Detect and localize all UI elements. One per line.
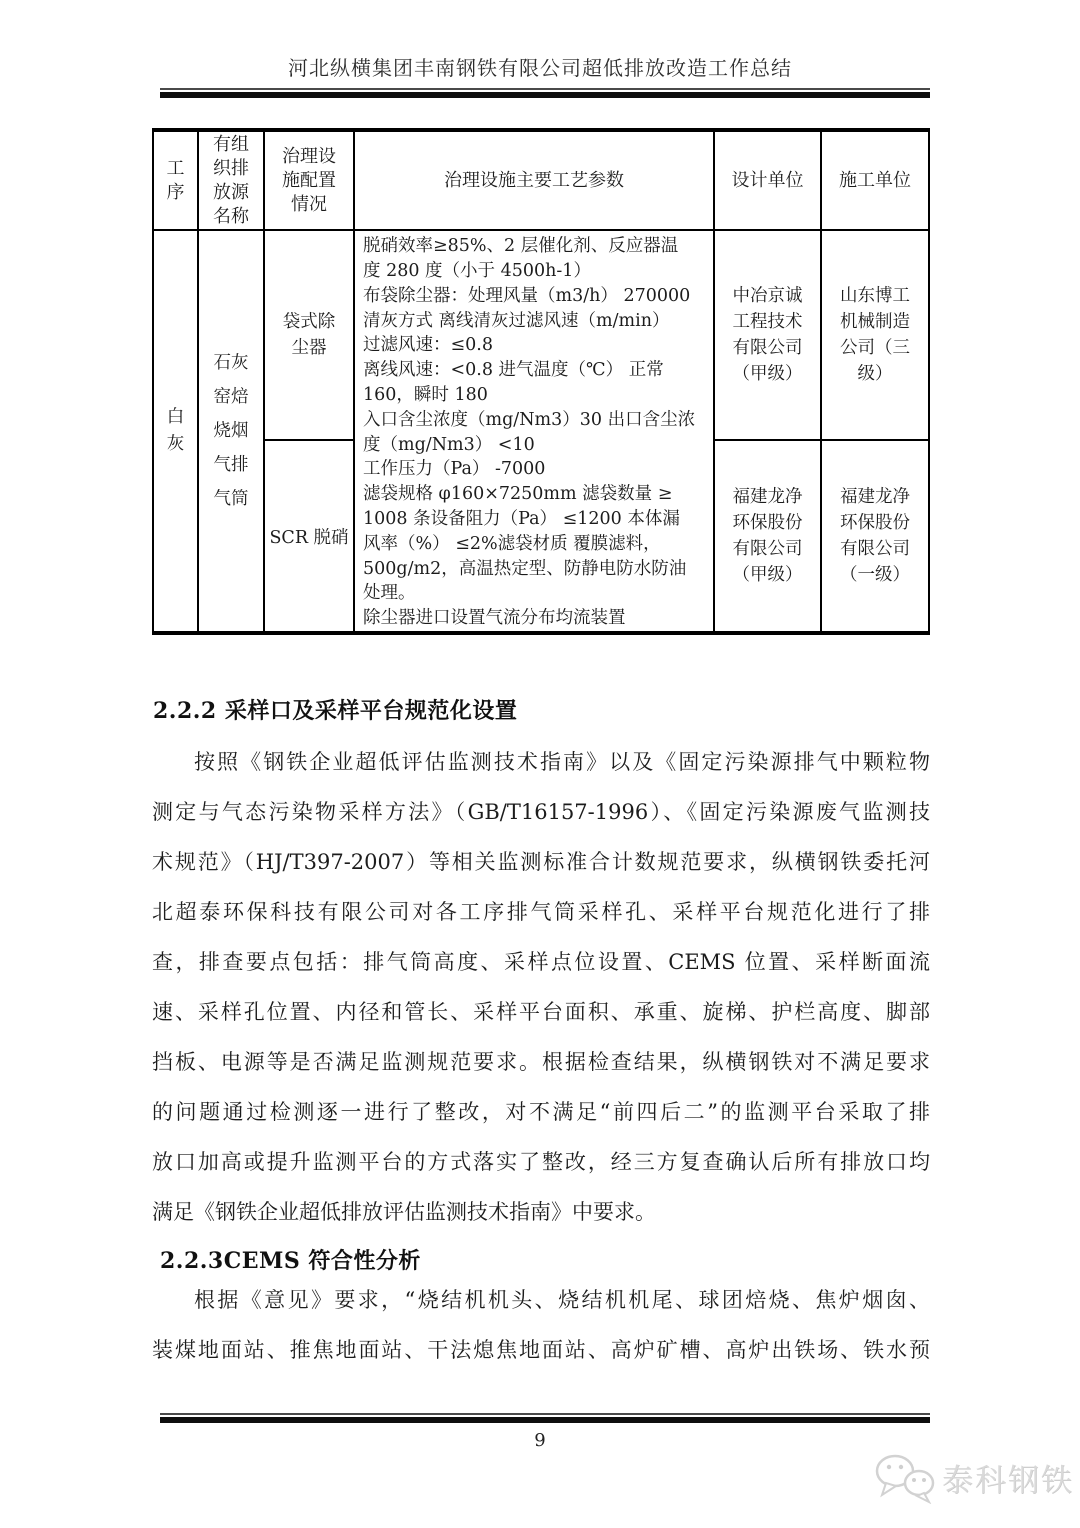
header-cell-construction-unit: 施工单位 — [822, 132, 928, 229]
cell-construction-unit-top: 山东博工机械制造公司（三级） — [822, 231, 928, 441]
cell-emission-source-lime-kiln-stack: 石灰窑焙烧烟气排气筒 — [199, 231, 265, 631]
header-cell-process: 工序 — [154, 132, 199, 229]
watermark-text: 泰科钢铁 — [942, 1455, 1074, 1500]
watermark: 泰科钢铁 — [872, 1450, 1074, 1504]
header-cell-design-unit: 设计单位 — [715, 132, 822, 229]
header-cell-process-parameters: 治理设施主要工艺参数 — [355, 132, 715, 229]
treatment-facility-table: 工序 有组织排放源名称 治理设施配置情况 治理设施主要工艺参数 设计单位 施工单… — [152, 128, 930, 635]
section-heading-2-2-3: 2.2.3CEMS 符合性分析 — [160, 1244, 421, 1275]
table-body-row: 白灰 石灰窑焙烧烟气排气筒 袋式除尘器 SCR 脱硝 脱硝效率≥85%、2 层催… — [154, 231, 928, 631]
footer-rule — [160, 1413, 930, 1423]
wechat-icon — [872, 1450, 938, 1504]
document-page: 河北纵横集团丰南钢铁有限公司超低排放改造工作总结 工序 有组织排放源名称 治理设… — [0, 0, 1080, 1528]
paragraph-2-2-3: 根据《意见》要求，“烧结机机头、烧结机机尾、球团焙烧、焦炉烟囱、装煤地面站、推焦… — [152, 1275, 930, 1375]
table-header-row: 工序 有组织排放源名称 治理设施配置情况 治理设施主要工艺参数 设计单位 施工单… — [154, 132, 928, 231]
footer-rule-thick-line — [160, 1417, 930, 1423]
cell-construction-units: 山东博工机械制造公司（三级） 福建龙净环保股份有限公司（一级） — [822, 231, 928, 631]
cell-design-unit-bottom: 福建龙净环保股份有限公司（甲级） — [715, 441, 820, 631]
cell-process-parameters: 脱硝效率≥85%、2 层催化剂、反应器温度 280 度（小于 4500h-1）布… — [355, 231, 715, 631]
header-cell-facility-config: 治理设施配置情况 — [265, 132, 355, 229]
page-number: 9 — [0, 1430, 1080, 1451]
cell-facility-config: 袋式除尘器 SCR 脱硝 — [265, 231, 355, 631]
cell-scr-denitration: SCR 脱硝 — [265, 441, 353, 631]
cell-bag-filter: 袋式除尘器 — [265, 231, 353, 441]
section-heading-2-2-2: 2.2.2 采样口及采样平台规范化设置 — [153, 694, 517, 725]
cell-process-lime: 白灰 — [154, 231, 199, 631]
paragraph-2-2-2: 按照《钢铁企业超低评估监测技术指南》以及《固定污染源排气中颗粒物测定与气态污染物… — [152, 737, 930, 1237]
cell-design-unit-top: 中冶京诚工程技术有限公司（甲级） — [715, 231, 820, 441]
header-rule-thick-line — [160, 92, 930, 98]
page-header-title: 河北纵横集团丰南钢铁有限公司超低排放改造工作总结 — [0, 52, 1080, 81]
cell-design-units: 中冶京诚工程技术有限公司（甲级） 福建龙净环保股份有限公司（甲级） — [715, 231, 822, 631]
cell-construction-unit-bottom: 福建龙净环保股份有限公司（一级） — [822, 441, 928, 631]
header-cell-emission-source: 有组织排放源名称 — [199, 132, 265, 229]
header-rule — [160, 88, 930, 98]
